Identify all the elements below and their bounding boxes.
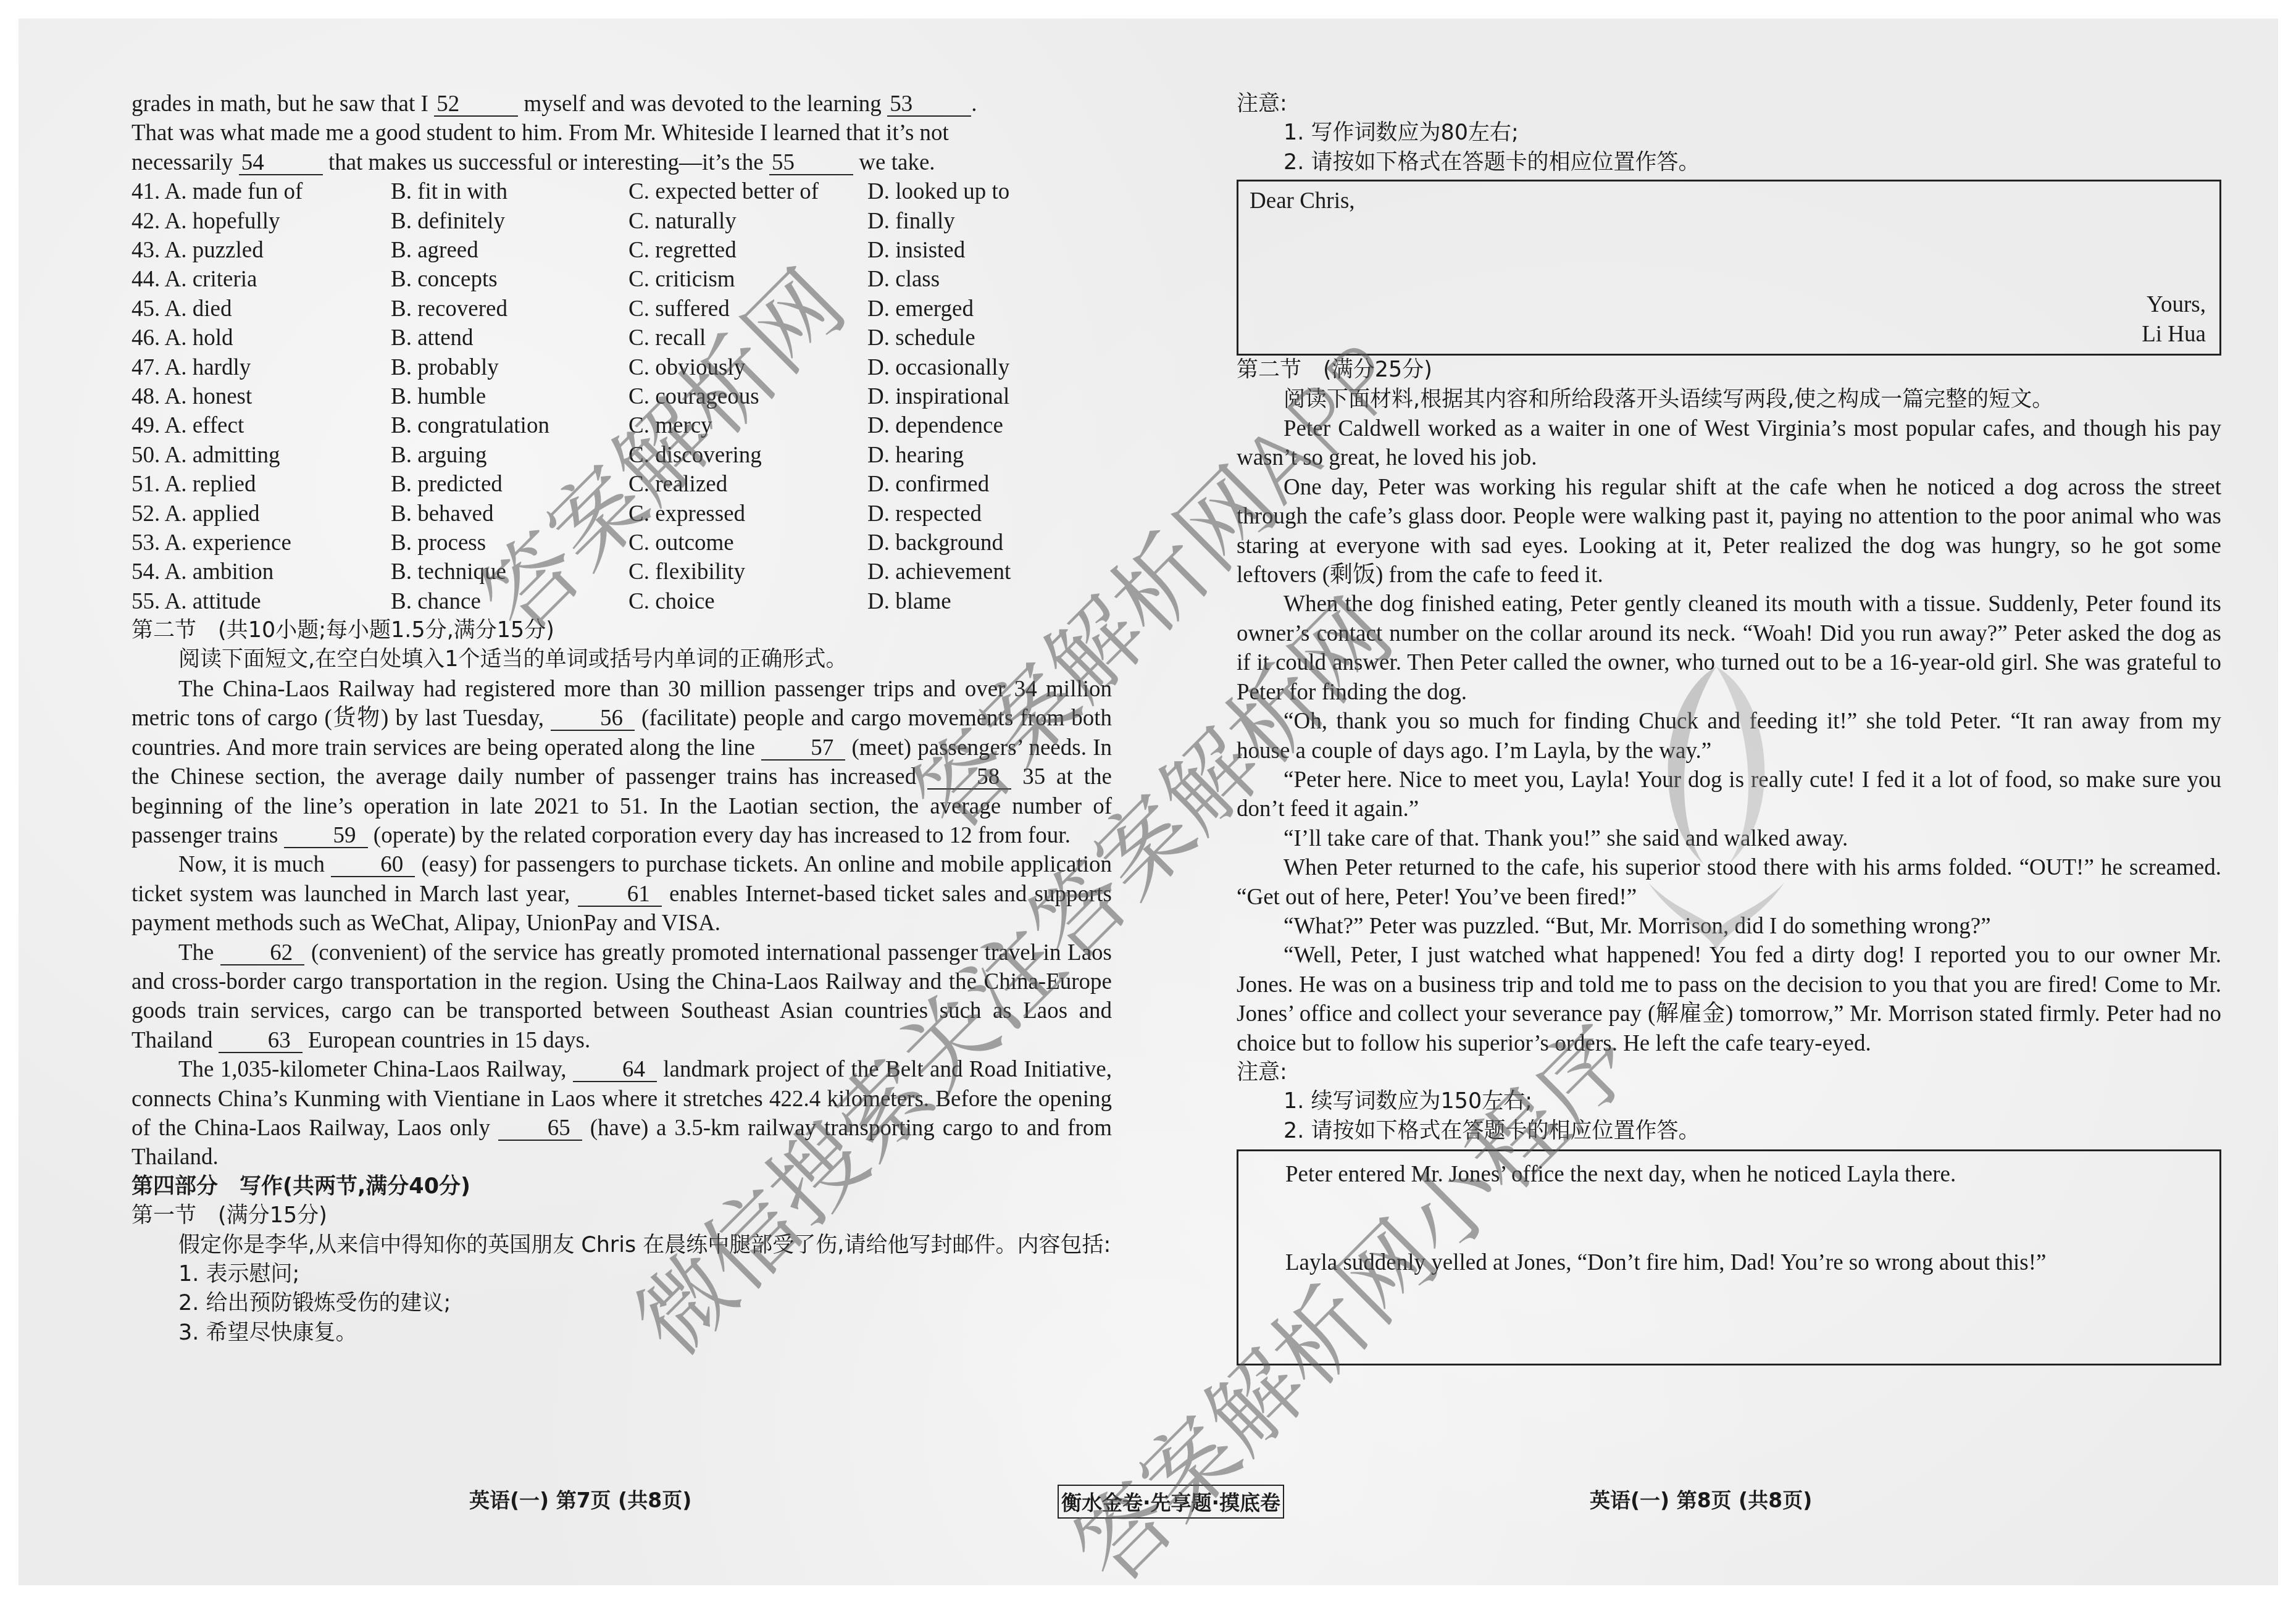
option-d: D. dependence xyxy=(867,411,1112,440)
story-paragraph: “I’ll take care of that. Thank you!” she… xyxy=(1237,824,2221,853)
option-row: 48. A. honestB. humbleC. courageousD. in… xyxy=(131,382,1112,411)
option-a: 44. A. criteria xyxy=(131,265,391,294)
blank-62: 62 xyxy=(220,941,304,965)
option-a: 47. A. hardly xyxy=(131,353,391,382)
option-c: C. naturally xyxy=(628,207,867,236)
option-b: B. recovered xyxy=(391,294,628,323)
option-row: 46. A. holdB. attendC. recallD. schedule xyxy=(131,323,1112,352)
exam-series-label: 衡水金卷·先享题·摸底卷 xyxy=(1058,1485,1284,1519)
blank-60: 60 xyxy=(331,853,415,877)
story-paragraph: “Well, Peter, I just watched what happen… xyxy=(1237,941,2221,1058)
grammar-paragraph-3: The 62 (convenient) of the service has g… xyxy=(131,938,1112,1056)
option-d: D. hearing xyxy=(867,441,1112,470)
option-c: C. flexibility xyxy=(628,557,867,586)
story-paragraph: “Peter here. Nice to meet you, Layla! Yo… xyxy=(1237,765,2221,824)
story-paragraph: “What?” Peter was puzzled. “But, Mr. Mor… xyxy=(1237,912,2221,941)
option-a: 50. A. admitting xyxy=(131,441,391,470)
note-2-label: 注意: xyxy=(1237,1058,2221,1087)
right-column: 注意: 1. 写作词数应为80左右; 2. 请按如下格式在答题卡的相应位置作答。… xyxy=(1237,90,2221,1365)
option-b: B. congratulation xyxy=(391,411,628,440)
option-c: C. discovering xyxy=(628,441,867,470)
option-d: D. finally xyxy=(867,207,1112,236)
option-d: D. background xyxy=(867,528,1112,557)
left-column: grades in math, but he saw that I 52 mys… xyxy=(131,90,1112,1348)
option-d: D. emerged xyxy=(867,294,1112,323)
option-b: B. attend xyxy=(391,323,628,352)
letter-greeting: Dear Chris, xyxy=(1250,186,2208,215)
option-d: D. inspirational xyxy=(867,382,1112,411)
option-c: C. outcome xyxy=(628,528,867,557)
continuation-paragraph-1-start: Peter entered Mr. Jones’ office the next… xyxy=(1285,1160,2219,1189)
option-b: B. agreed xyxy=(391,236,628,265)
blank-61: 61 xyxy=(578,883,662,907)
option-a: 51. A. replied xyxy=(131,470,391,499)
story-paragraph: When Peter returned to the cafe, his sup… xyxy=(1237,853,2221,912)
story-paragraph: One day, Peter was working his regular s… xyxy=(1237,473,2221,590)
writing-section-1-heading: 第一节 (满分15分) xyxy=(131,1201,1112,1230)
option-a: 48. A. honest xyxy=(131,382,391,411)
option-row: 55. A. attitudeB. chanceC. choiceD. blam… xyxy=(131,587,1112,616)
cloze-options: 41. A. made fun ofB. fit in withC. expec… xyxy=(131,177,1112,616)
option-c: C. obviously xyxy=(628,353,867,382)
option-a: 45. A. died xyxy=(131,294,391,323)
option-row: 50. A. admittingB. arguingC. discovering… xyxy=(131,441,1112,470)
blank-53: 53 xyxy=(887,93,971,117)
writing-prompt: 假定你是李华,从来信中得知你的英国朋友 Chris 在晨练中腿部受了伤,请给他写… xyxy=(131,1231,1112,1260)
blank-52: 52 xyxy=(434,93,518,117)
letter-signoff: Yours, Li Hua xyxy=(2142,290,2206,349)
option-b: B. concepts xyxy=(391,265,628,294)
note-2-item-1: 1. 续写词数应为150左右; xyxy=(1237,1087,2221,1116)
option-b: B. predicted xyxy=(391,470,628,499)
story-paragraph: When the dog finished eating, Peter gent… xyxy=(1237,590,2221,707)
option-b: B. probably xyxy=(391,353,628,382)
continuation-paragraph-2-start: Layla suddenly yelled at Jones, “Don’t f… xyxy=(1285,1248,2219,1277)
blank-64: 64 xyxy=(573,1058,657,1082)
option-row: 51. A. repliedB. predictedC. realizedD. … xyxy=(131,470,1112,499)
blank-55: 55 xyxy=(769,151,853,175)
note-label: 注意: xyxy=(1237,90,2221,119)
option-d: D. class xyxy=(867,265,1112,294)
option-row: 42. A. hopefullyB. definitelyC. naturall… xyxy=(131,207,1112,236)
page-number-left: 英语(一) 第7页 (共8页) xyxy=(469,1485,691,1514)
option-row: 54. A. ambitionB. techniqueC. flexibilit… xyxy=(131,557,1112,586)
option-row: 47. A. hardlyB. probablyC. obviouslyD. o… xyxy=(131,353,1112,382)
page-number-right: 英语(一) 第8页 (共8页) xyxy=(1590,1485,1812,1514)
option-c: C. mercy xyxy=(628,411,867,440)
option-a: 55. A. attitude xyxy=(131,587,391,616)
option-a: 52. A. applied xyxy=(131,499,391,528)
option-a: 41. A. made fun of xyxy=(131,177,391,206)
option-d: D. confirmed xyxy=(867,470,1112,499)
option-row: 43. A. puzzledB. agreedC. regrettedD. in… xyxy=(131,236,1112,265)
part-4-heading: 第四部分 写作(共两节,满分40分) xyxy=(131,1172,1112,1201)
option-c: C. courageous xyxy=(628,382,867,411)
story-paragraph: “Oh, thank you so much for finding Chuck… xyxy=(1237,707,2221,765)
option-b: B. technique xyxy=(391,557,628,586)
option-a: 49. A. effect xyxy=(131,411,391,440)
option-b: B. chance xyxy=(391,587,628,616)
option-c: C. regretted xyxy=(628,236,867,265)
story-passage: Peter Caldwell worked as a waiter in one… xyxy=(1237,414,2221,1058)
option-a: 43. A. puzzled xyxy=(131,236,391,265)
option-c: C. realized xyxy=(628,470,867,499)
option-row: 49. A. effectB. congratulationC. mercyD.… xyxy=(131,411,1112,440)
letter-answer-box: Dear Chris, Yours, Li Hua xyxy=(1237,180,2221,356)
letter-signature: Li Hua xyxy=(2142,320,2206,349)
option-c: C. expressed xyxy=(628,499,867,528)
writing-item-1: 1. 表示慰问; xyxy=(131,1260,1112,1289)
option-c: C. expected better of xyxy=(628,177,867,206)
option-a: 42. A. hopefully xyxy=(131,207,391,236)
story-paragraph: Peter Caldwell worked as a waiter in one… xyxy=(1237,414,2221,473)
section-2-instruction: 阅读下面短文,在空白处填入1个适当的单词或括号内单词的正确形式。 xyxy=(131,645,1112,674)
note-item-2: 2. 请按如下格式在答题卡的相应位置作答。 xyxy=(1237,148,2221,177)
option-a: 46. A. hold xyxy=(131,323,391,352)
note-item-1: 1. 写作词数应为80左右; xyxy=(1237,119,2221,148)
writing-item-3: 3. 希望尽快康复。 xyxy=(131,1319,1112,1348)
option-a: 53. A. experience xyxy=(131,528,391,557)
blank-57: 57 xyxy=(761,736,845,761)
option-b: B. arguing xyxy=(391,441,628,470)
writing-item-2: 2. 给出预防锻炼受伤的建议; xyxy=(131,1289,1112,1318)
option-row: 53. A. experienceB. processC. outcomeD. … xyxy=(131,528,1112,557)
option-row: 45. A. diedB. recoveredC. sufferedD. eme… xyxy=(131,294,1112,323)
option-c: C. suffered xyxy=(628,294,867,323)
option-d: D. achievement xyxy=(867,557,1112,586)
cloze-passage-end: grades in math, but he saw that I 52 mys… xyxy=(131,90,1112,177)
blank-54: 54 xyxy=(239,151,323,175)
grammar-paragraph-1: The China-Laos Railway had registered mo… xyxy=(131,675,1112,850)
option-row: 52. A. appliedB. behavedC. expressedD. r… xyxy=(131,499,1112,528)
blank-58: 58 xyxy=(927,765,1011,790)
blank-56: 56 xyxy=(551,707,635,731)
option-b: B. process xyxy=(391,528,628,557)
option-d: D. occasionally xyxy=(867,353,1112,382)
writing-section-2-heading: 第二节 (满分25分) xyxy=(1237,356,2221,385)
blank-65: 65 xyxy=(498,1117,582,1141)
grammar-paragraph-4: The 1,035-kilometer China-Laos Railway, … xyxy=(131,1055,1112,1172)
option-c: C. recall xyxy=(628,323,867,352)
blank-59: 59 xyxy=(284,824,368,848)
option-d: D. looked up to xyxy=(867,177,1112,206)
option-b: B. fit in with xyxy=(391,177,628,206)
section-2-heading: 第二节 (共10小题;每小题1.5分,满分15分) xyxy=(131,616,1112,645)
blank-63: 63 xyxy=(219,1029,303,1053)
letter-closing: Yours, xyxy=(2142,290,2206,319)
option-b: B. definitely xyxy=(391,207,628,236)
option-b: B. humble xyxy=(391,382,628,411)
continuation-answer-box: Peter entered Mr. Jones’ office the next… xyxy=(1237,1149,2221,1365)
option-d: D. blame xyxy=(867,587,1112,616)
option-row: 44. A. criteriaB. conceptsC. criticismD.… xyxy=(131,265,1112,294)
writing-section-2-instruction: 阅读下面材料,根据其内容和所给段落开头语续写两段,使之构成一篇完整的短文。 xyxy=(1237,385,2221,414)
option-c: C. criticism xyxy=(628,265,867,294)
option-d: D. insisted xyxy=(867,236,1112,265)
option-a: 54. A. ambition xyxy=(131,557,391,586)
grammar-paragraph-2: Now, it is much 60 (easy) for passengers… xyxy=(131,850,1112,938)
note-2-item-2: 2. 请按如下格式在答题卡的相应位置作答。 xyxy=(1237,1117,2221,1146)
option-row: 41. A. made fun ofB. fit in withC. expec… xyxy=(131,177,1112,206)
option-d: D. respected xyxy=(867,499,1112,528)
option-b: B. behaved xyxy=(391,499,628,528)
option-c: C. choice xyxy=(628,587,867,616)
option-d: D. schedule xyxy=(867,323,1112,352)
